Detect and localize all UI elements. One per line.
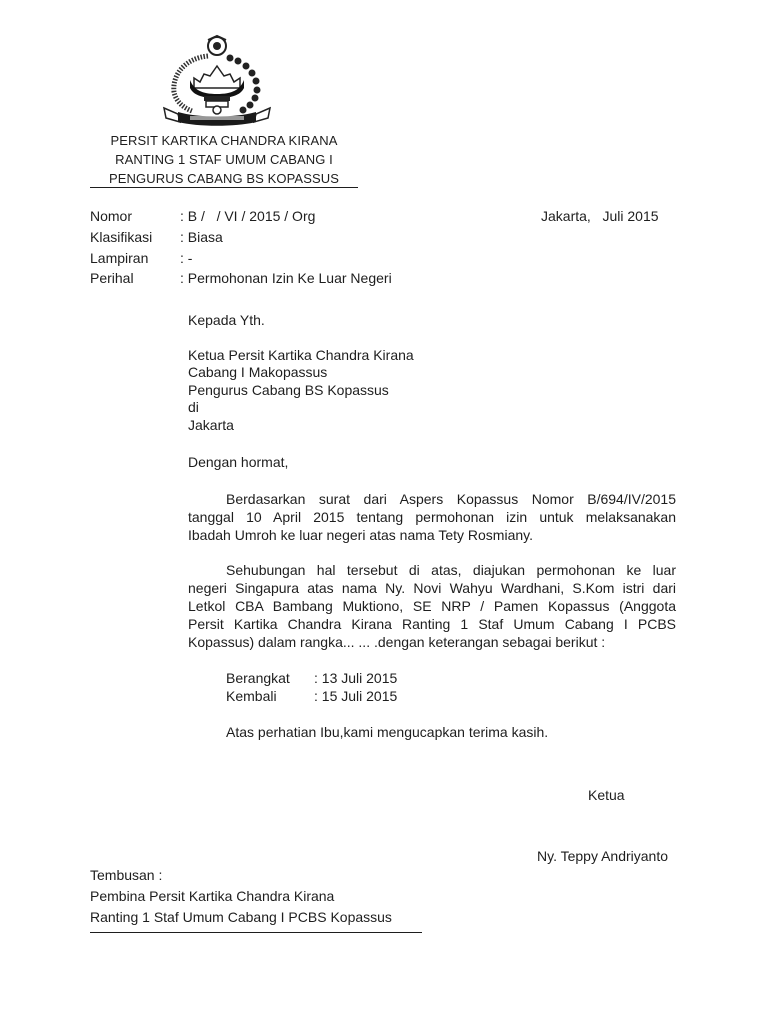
place-date: Jakarta, Juli 2015 bbox=[541, 208, 659, 225]
return-value: : 15 Juli 2015 bbox=[314, 688, 397, 705]
meta-label-perihal: Perihal bbox=[90, 270, 134, 287]
departure-label: Berangkat bbox=[226, 670, 290, 687]
letterhead-divider bbox=[90, 187, 358, 188]
cc-divider bbox=[90, 932, 422, 933]
letterhead: PERSIT KARTIKA CHANDRA KIRANA RANTING 1 … bbox=[90, 131, 358, 188]
recipient-salutation: Kepada Yth. bbox=[188, 312, 265, 329]
recipient-line: Cabang I Makopassus bbox=[188, 364, 327, 381]
paragraph-line: Ibadah Umroh ke luar negeri atas nama Te… bbox=[188, 526, 676, 544]
recipient-line: Jakarta bbox=[188, 417, 234, 434]
paragraph-line: Sehubungan hal tersebut di atas, diajuka… bbox=[188, 561, 676, 579]
return-label: Kembali bbox=[226, 688, 277, 705]
paragraph-line: Letkol CBA Bambang Muktiono, SE NRP / Pa… bbox=[188, 597, 676, 615]
paragraph-line: tanggal 10 April 2015 tentang permohonan… bbox=[188, 508, 676, 526]
meta-value-perihal: : Permohonan Izin Ke Luar Negeri bbox=[180, 270, 392, 287]
letterhead-line: PENGURUS CABANG BS KOPASSUS bbox=[90, 169, 358, 188]
meta-value-klasifikasi: : Biasa bbox=[180, 229, 223, 246]
signature-name: Ny. Teppy Andriyanto bbox=[537, 848, 668, 865]
paragraph-1: Berdasarkan surat dari Aspers Kopassus N… bbox=[188, 490, 676, 544]
cc-heading: Tembusan : bbox=[90, 867, 162, 884]
emblem-logo-icon bbox=[158, 34, 276, 126]
meta-label-nomor: Nomor bbox=[90, 208, 132, 225]
recipient-line: Pengurus Cabang BS Kopassus bbox=[188, 382, 389, 399]
cc-line: Pembina Persit Kartika Chandra Kirana bbox=[90, 888, 334, 905]
paragraph-line: negeri Singapura atas nama Ny. Novi Wahy… bbox=[188, 579, 676, 597]
greeting: Dengan hormat, bbox=[188, 454, 288, 471]
signature-title: Ketua bbox=[588, 787, 625, 804]
recipient-line: di bbox=[188, 399, 199, 416]
letterhead-line: PERSIT KARTIKA CHANDRA KIRANA bbox=[90, 131, 358, 150]
departure-value: : 13 Juli 2015 bbox=[314, 670, 397, 687]
meta-label-klasifikasi: Klasifikasi bbox=[90, 229, 152, 246]
paragraph-2: Sehubungan hal tersebut di atas, diajuka… bbox=[188, 561, 676, 651]
closing-sentence: Atas perhatian Ibu,kami mengucapkan teri… bbox=[226, 724, 548, 741]
meta-value-lampiran: : - bbox=[180, 250, 192, 267]
recipient-line: Ketua Persit Kartika Chandra Kirana bbox=[188, 347, 414, 364]
meta-value-nomor: : B / / VI / 2015 / Org bbox=[180, 208, 315, 225]
paragraph-line: Berdasarkan surat dari Aspers Kopassus N… bbox=[188, 490, 676, 508]
meta-label-lampiran: Lampiran bbox=[90, 250, 148, 267]
cc-line: Ranting 1 Staf Umum Cabang I PCBS Kopass… bbox=[90, 909, 392, 926]
paragraph-line: Persit Kartika Chandra Kirana Ranting 1 … bbox=[188, 615, 676, 633]
paragraph-line: Kopassus) dalam rangka... ... .dengan ke… bbox=[188, 633, 676, 651]
letterhead-line: RANTING 1 STAF UMUM CABANG I bbox=[90, 150, 358, 169]
